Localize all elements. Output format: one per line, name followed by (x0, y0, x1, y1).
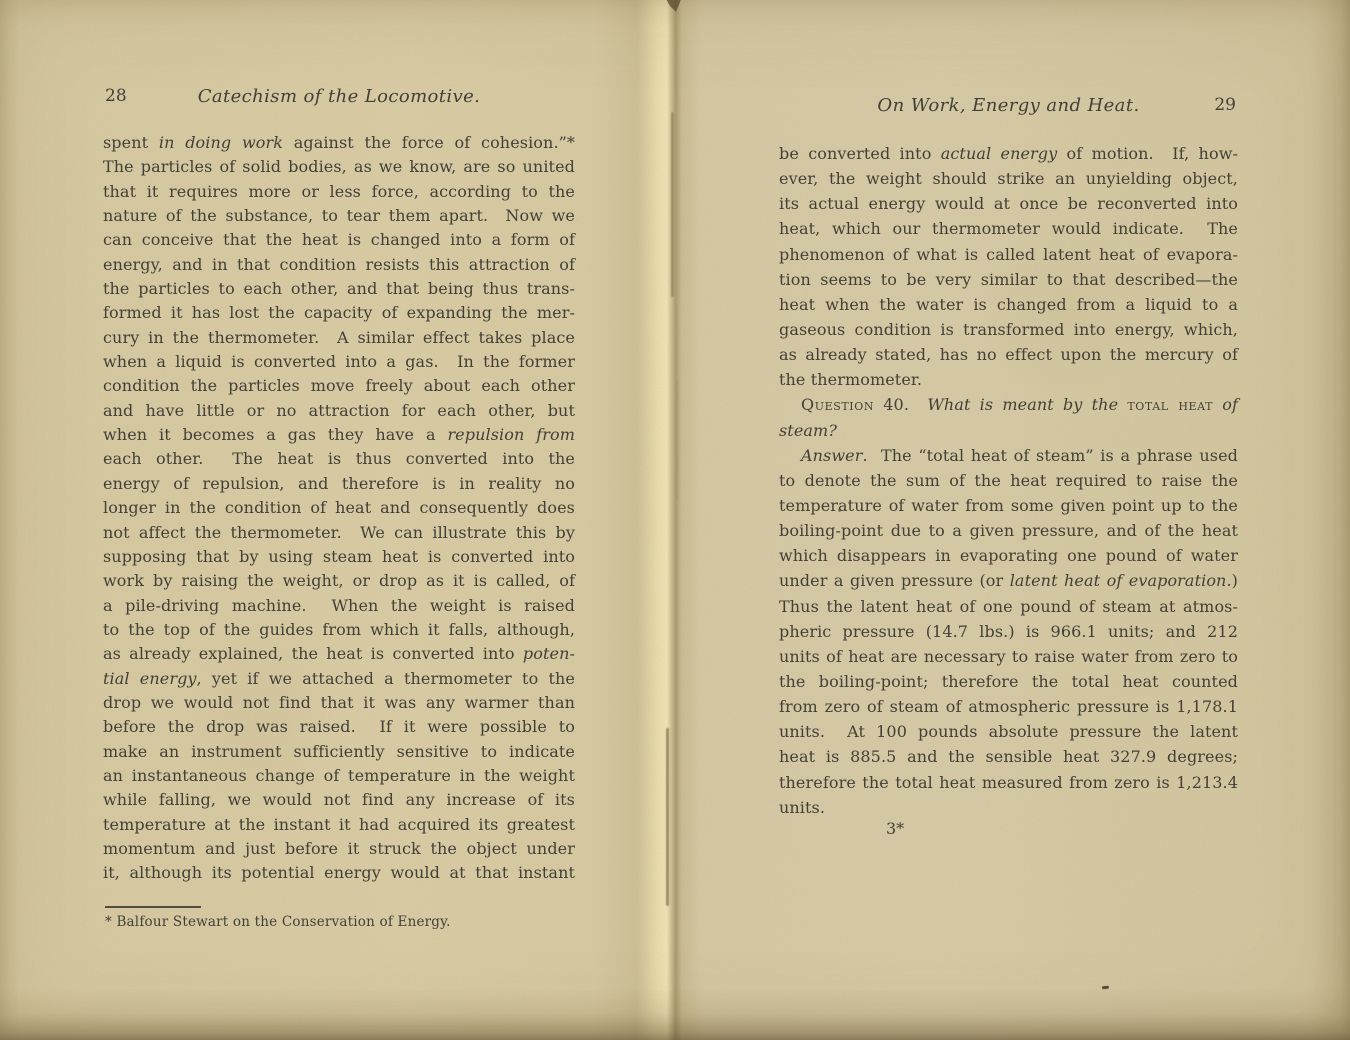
text-line: be converted into actual energy of motio… (779, 141, 1238, 166)
text-line: its actual energy would at once be recon… (779, 191, 1238, 216)
text-line: can conceive that the heat is changed in… (103, 228, 575, 252)
text-line: an instantaneous change of temperature i… (103, 764, 575, 788)
text-line: The particles of solid bodies, as we kno… (103, 155, 575, 179)
footnote: * Balfour Stewart on the Conservation of… (105, 914, 451, 930)
text-line: before the drop was raised. If it were p… (103, 715, 575, 739)
text-line: gaseous condition is transformed into en… (779, 317, 1238, 342)
text-line: temperature at the instant it had acquir… (103, 813, 575, 837)
text-line: temperature of water from some given poi… (779, 493, 1238, 518)
gutter-crease (666, 728, 669, 906)
page-right: On Work, Energy and Heat. 29 be converte… (779, 0, 1238, 1040)
gutter-crease (676, 380, 678, 500)
text-line: supposing that by using steam heat is co… (103, 545, 575, 569)
text-line: drop we would not find that it was any w… (103, 691, 575, 715)
footnote-rule (105, 906, 201, 908)
text-line: each other. The heat is thus converted i… (103, 447, 575, 471)
running-header: 28 Catechism of the Locomotive. (103, 86, 575, 112)
text-line: and have little or no attraction for eac… (103, 399, 575, 423)
running-header-title: Catechism of the Locomotive. (103, 86, 575, 107)
text-line: the particles to each other, and that be… (103, 277, 575, 301)
text-line: to denote the sum of the heat required t… (779, 468, 1238, 493)
text-line: cury in the thermometer. A similar effec… (103, 326, 575, 350)
page-body: spent in doing work against the force of… (103, 131, 575, 886)
text-line: therefore the total heat measured from z… (779, 770, 1238, 795)
text-line: pheric pressure (14.7 lbs.) is 966.1 uni… (779, 619, 1238, 644)
text-line: units. At 100 pounds absolute pressure t… (779, 719, 1238, 744)
page-body: be converted into actual energy of motio… (779, 141, 1238, 841)
text-line: tion seems to be very similar to that de… (779, 267, 1238, 292)
text-line: heat when the water is changed from a li… (779, 292, 1238, 317)
text-line: spent in doing work against the force of… (103, 131, 575, 155)
text-line: it, although its potential energy would … (103, 861, 575, 885)
text-line: from zero of steam of atmospheric pressu… (779, 694, 1238, 719)
text-line: under a given pressure (or latent heat o… (779, 568, 1238, 593)
text-line: heat, which our thermometer would indica… (779, 216, 1238, 241)
text-line: condition the particles move freely abou… (103, 374, 575, 398)
text-line: boiling-point due to a given pressure, a… (779, 518, 1238, 543)
text-line: to the top of the guides from which it f… (103, 618, 575, 642)
text-line: momentum and just before it struck the o… (103, 837, 575, 861)
text-line: longer in the condition of heat and cons… (103, 496, 575, 520)
text-line: work by raising the weight, or drop as i… (103, 569, 575, 593)
running-header-title: On Work, Energy and Heat. (779, 95, 1238, 116)
text-line: that it requires more or less force, acc… (103, 180, 575, 204)
gutter-crease (671, 112, 674, 297)
page-number: 29 (1214, 95, 1236, 115)
text-line: phenomenon of what is called latent heat… (779, 242, 1238, 267)
running-header: On Work, Energy and Heat. 29 (779, 95, 1238, 121)
text-line: formed it has lost the capacity of expan… (103, 301, 575, 325)
text-line: nature of the substance, to tear them ap… (103, 204, 575, 228)
text-line: energy, and in that condition resists th… (103, 253, 575, 277)
text-line: a pile-driving machine. When the weight … (103, 594, 575, 618)
text-line: the thermometer. (779, 367, 1238, 392)
book-scan: 28 Catechism of the Locomotive. spent in… (0, 0, 1350, 1040)
text-line: when it becomes a gas they have a repuls… (103, 423, 575, 447)
text-line: Question 40. What is meant by the total … (779, 392, 1238, 417)
text-line: ever, the weight should strike an unyiel… (779, 166, 1238, 191)
page-left: 28 Catechism of the Locomotive. spent in… (103, 0, 575, 1040)
text-line: steam? (779, 418, 1238, 443)
text-line: Answer. The “total heat of steam” is a p… (779, 443, 1238, 468)
text-line: while falling, we would not find any inc… (103, 788, 575, 812)
text-line: make an instrument sufficiently sensitiv… (103, 740, 575, 764)
signature-mark: 3* (779, 816, 1238, 841)
text-line: not affect the thermometer. We can illus… (103, 521, 575, 545)
text-line: Thus the latent heat of one pound of ste… (779, 594, 1238, 619)
text-line: heat is 885.5 and the sensible heat 327.… (779, 744, 1238, 769)
text-line: energy of repulsion, and therefore is in… (103, 472, 575, 496)
gutter-top-notch (662, 0, 682, 12)
text-line: the boiling-point; therefore the total h… (779, 669, 1238, 694)
text-line: units of heat are necessary to raise wat… (779, 644, 1238, 669)
text-line: as already explained, the heat is conver… (103, 642, 575, 666)
text-line: when a liquid is converted into a gas. I… (103, 350, 575, 374)
text-line: tial energy, yet if we attached a thermo… (103, 667, 575, 691)
text-line: which disappears in evaporating one poun… (779, 543, 1238, 568)
text-line: as already stated, has no effect upon th… (779, 342, 1238, 367)
